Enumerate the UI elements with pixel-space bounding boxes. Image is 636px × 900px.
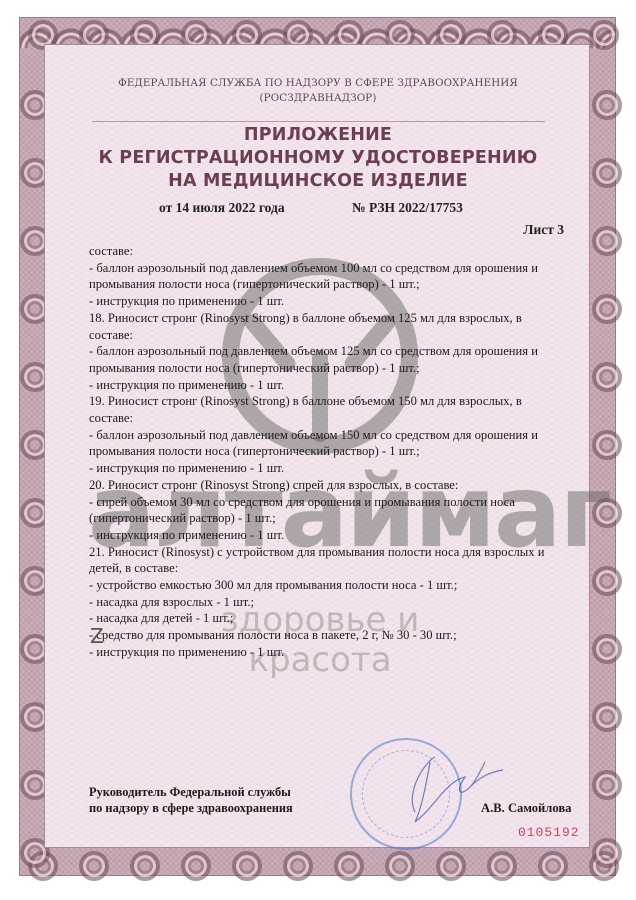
body-line: - инструкция по применению - 1 шт. (89, 644, 559, 661)
body-line: промывания полости носа (гипертонический… (89, 443, 559, 460)
body-line: - инструкция по применению - 1 шт. (89, 377, 559, 394)
signature-icon (375, 752, 505, 832)
border-ornament (592, 702, 622, 732)
body-line: - спрей объемом 30 мл со средством для о… (89, 494, 559, 511)
border-ornament (130, 851, 160, 881)
border-ornament (592, 294, 622, 324)
issue-date: от 14 июля 2022 года (159, 200, 285, 216)
body-line: составе: (89, 410, 559, 427)
registration-number: № РЗН 2022/17753 (352, 200, 463, 216)
body-line: - баллон аэрозольный под давлением объем… (89, 343, 559, 360)
body-line: 18. Риносист стронг (Rinosyst Strong) в … (89, 310, 559, 327)
body-line: - инструкция по применению - 1 шт. (89, 527, 559, 544)
agency-name: ФЕДЕРАЛЬНАЯ СЛУЖБА ПО НАДЗОРУ В СФЕРЕ ЗД… (0, 77, 636, 89)
border-ornament (283, 851, 313, 881)
body-line: 19. Риносист стронг (Rinosyst Strong) в … (89, 393, 559, 410)
body-line: - баллон аэрозольный под давлением объем… (89, 260, 559, 277)
border-ornament (487, 851, 517, 881)
document-title-line2: К РЕГИСТРАЦИОННОМУ УДОСТОВЕРЕНИЮ (0, 148, 636, 168)
body-line: детей, в составе: (89, 560, 559, 577)
body-line: - насадка для взрослых - 1 шт.; (89, 594, 559, 611)
body-line: - средство для промывания полости носа в… (89, 627, 559, 644)
body-line: - насадка для детей - 1 шт.; (89, 610, 559, 627)
border-ornament (592, 770, 622, 800)
border-ornament (592, 634, 622, 664)
border-ornament (592, 362, 622, 392)
end-mark: Z (90, 624, 104, 648)
signatory-title-line2: по надзору в сфере здравоохранения (89, 801, 293, 816)
body-line: составе: (89, 327, 559, 344)
serial-number: 0105192 (518, 825, 580, 840)
body-line: (гипертонический раствор) - 1 шт.; (89, 510, 559, 527)
header-divider (92, 121, 545, 122)
border-ornament (334, 851, 364, 881)
body-line: 20. Риносист стронг (Rinosyst Strong) сп… (89, 477, 559, 494)
body-line: - устройство емкостью 300 мл для промыва… (89, 577, 559, 594)
sheet-number: Лист 3 (523, 222, 564, 238)
document-title-line1: ПРИЛОЖЕНИЕ (0, 125, 636, 145)
body-line: промывания полости носа (гипертонический… (89, 276, 559, 293)
signatory-title-line1: Руководитель Федеральной службы (89, 785, 291, 800)
border-ornament (385, 851, 415, 881)
body-line: - инструкция по применению - 1 шт. (89, 293, 559, 310)
border-ornament (79, 851, 109, 881)
body-line: составе: (89, 243, 559, 260)
body-line: - баллон аэрозольный под давлением объем… (89, 427, 559, 444)
border-ornament (592, 838, 622, 868)
border-ornament (538, 851, 568, 881)
border-ornament (181, 851, 211, 881)
body-line: 21. Риносист (Rinosyst) с устройством дл… (89, 544, 559, 561)
agency-abbreviation: (РОСЗДРАВНАДЗОР) (0, 92, 636, 104)
document-body: составе:- баллон аэрозольный под давлени… (89, 243, 559, 661)
border-ornament (589, 20, 619, 50)
body-line: промывания полости носа (гипертонический… (89, 360, 559, 377)
document-title-line3: НА МЕДИЦИНСКОЕ ИЗДЕЛИЕ (0, 171, 636, 191)
border-ornament (436, 851, 466, 881)
border-ornament (592, 566, 622, 596)
border-ornament (232, 851, 262, 881)
signatory-name: А.В. Самойлова (481, 801, 571, 816)
body-line: - инструкция по применению - 1 шт. (89, 460, 559, 477)
border-ornament (592, 226, 622, 256)
